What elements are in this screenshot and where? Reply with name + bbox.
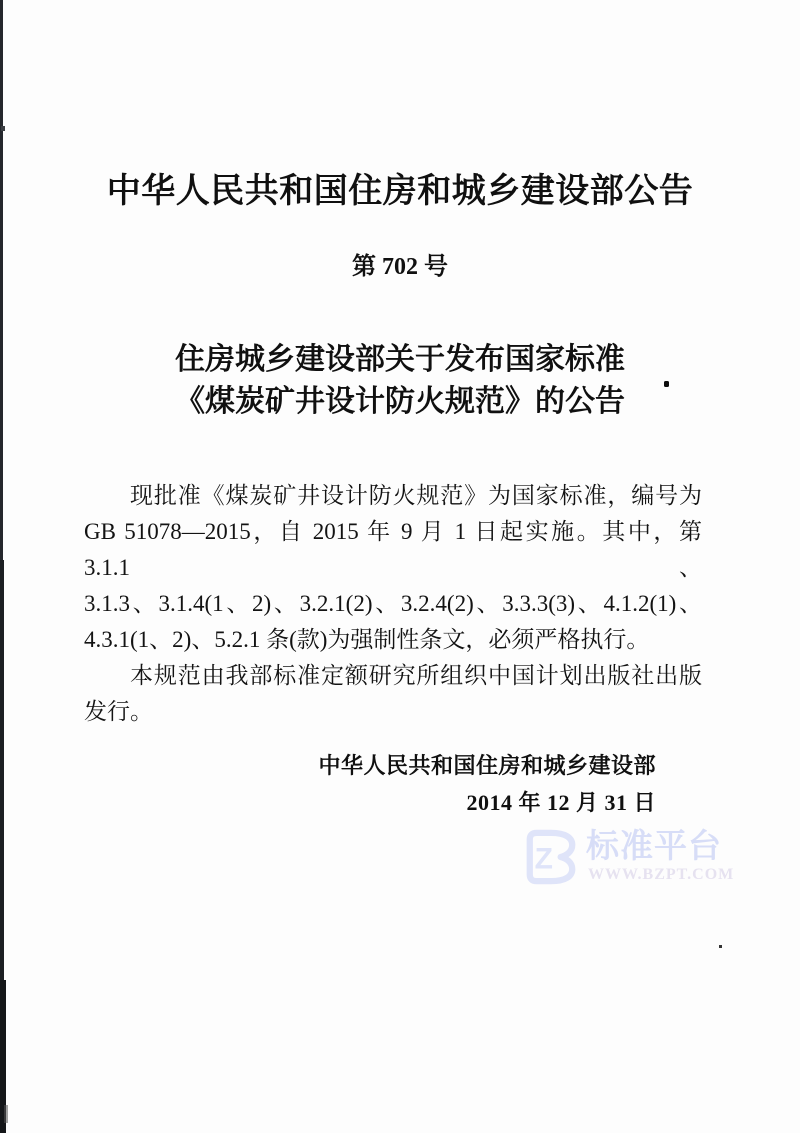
body-line: 本规范由我部标准定额研究所组织中国计划出版社出版 [84,658,702,694]
watermark-brand: 标准平台 [586,824,722,868]
subtitle-line-1: 住房城乡建设部关于发布国家标准 [0,334,800,378]
logo-letter: Z [535,843,553,876]
watermark: Z 标准平台 WWW.BZPT.COM [520,824,730,896]
body-line: 发行。 [84,694,702,730]
body-text: 现批准《煤炭矿井设计防火规范》为国家标准，编号为 GB 51078—2015，自… [84,478,702,730]
scan-speck [4,1105,8,1123]
doc-number: 第 702 号 [0,246,800,281]
body-line: 现批准《煤炭矿井设计防火规范》为国家标准，编号为 [84,478,702,514]
scanned-document-page: 中华人民共和国住房和城乡建设部公告 第 702 号 住房城乡建设部关于发布国家标… [0,0,800,1133]
subtitle-line-2: 《煤炭矿井设计防火规范》的公告 [0,376,800,420]
scan-speck [1,126,5,131]
bzpt-logo-icon: Z [522,829,580,885]
signature-date: 2014 年 12 月 31 日 [466,786,656,817]
body-line: GB 51078—2015，自 2015 年 9 月 1 日起实施。其中，第 3… [84,514,702,586]
body-line: 4.3.1(1、2)、5.2.1 条(款)为强制性条文，必须严格执行。 [84,622,702,658]
body-line: 3.1.3、3.1.4(1、2)、3.2.1(2)、3.2.4(2)、3.3.3… [84,586,702,622]
signature-organization: 中华人民共和国住房和城乡建设部 [318,749,656,780]
ink-speck [719,945,722,948]
watermark-url: WWW.BZPT.COM [588,866,734,884]
page-title: 中华人民共和国住房和城乡建设部公告 [0,163,800,212]
